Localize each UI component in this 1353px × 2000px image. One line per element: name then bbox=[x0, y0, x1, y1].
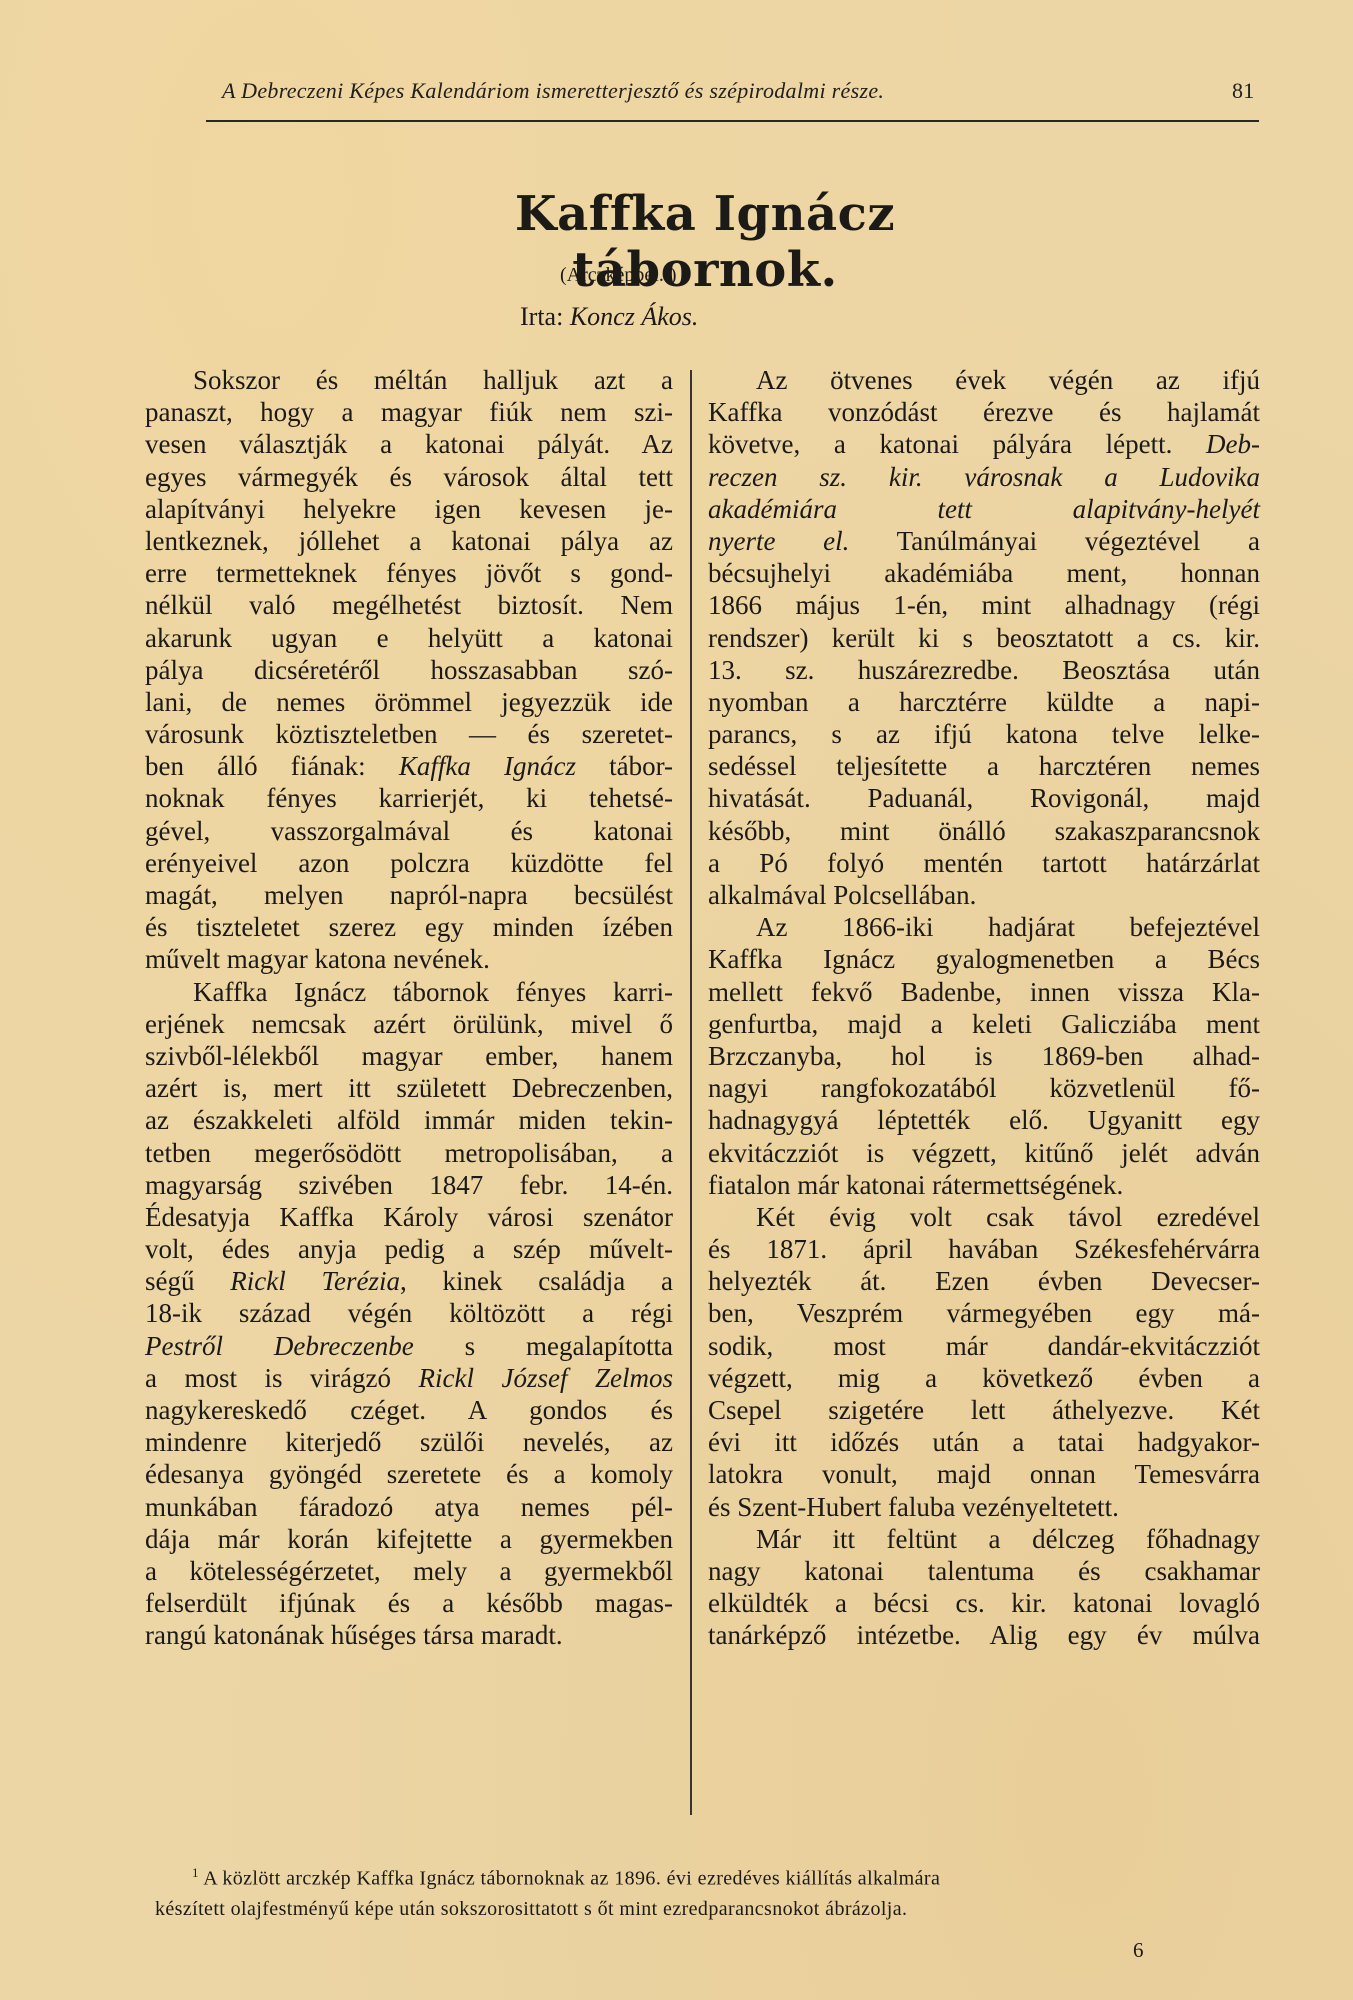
text-line: a Pó folyó mentén tartott határzárlat bbox=[708, 847, 1260, 879]
text-line: erjének nemcsak azért örülünk, mivel ő bbox=[145, 1008, 673, 1040]
text-run: ségű bbox=[145, 1266, 195, 1296]
italic-name: Rickl Terézia bbox=[230, 1266, 400, 1296]
text-line: elküldték a bécsi cs. kir. katonai lovag… bbox=[708, 1587, 1260, 1619]
text-line: rendszer) került ki s beosztatott a cs. … bbox=[708, 622, 1260, 654]
text-line: nagyi rangfokozatából közvetlenül fő- bbox=[708, 1072, 1260, 1104]
text-line: pálya dicséretéről hosszasabban szó- bbox=[145, 654, 673, 686]
text-line: erényeivel azon polczra küzdötte fel bbox=[145, 847, 673, 879]
text-line: követve, a katonai pályára lépett. Deb- bbox=[708, 428, 1260, 460]
text-line: vesen választják a katonai pályát. Az bbox=[145, 428, 673, 460]
text-line: mindenre kiterjedő szülői nevelés, az bbox=[145, 1426, 673, 1458]
footnote-text: A közlött arczkép Kaffka Ignácz tábornok… bbox=[203, 1868, 940, 1890]
text-line: tanárképző intézetbe. Alig egy év múlva bbox=[708, 1619, 1260, 1651]
text-line: munkában fáradozó atya nemes pél- bbox=[145, 1491, 673, 1523]
text-line: dája már korán kifejtette a gyermekben bbox=[145, 1523, 673, 1555]
text-line: nagykereskedő czéget. A gondos és bbox=[145, 1394, 673, 1426]
text-line: Kaffka Ignácz gyalogmenetben a Bécs bbox=[708, 943, 1260, 975]
text-run: követve, a katonai pályára lépett. bbox=[708, 429, 1172, 459]
italic-text: nyerte el. bbox=[708, 526, 849, 556]
italic-name: Pestről Debreczenbe bbox=[145, 1331, 414, 1361]
text-line: reczen sz. kir. városnak a Ludovika bbox=[708, 461, 1260, 493]
byline: Irta: Koncz Ákos. bbox=[520, 302, 698, 332]
document-page: A Debreczeni Képes Kalendáriom ismerette… bbox=[0, 0, 1353, 2000]
text-run: Tanúlmányai végeztével a bbox=[897, 526, 1260, 556]
text-run: , kinek családja a bbox=[400, 1266, 673, 1296]
text-line: és 1871. ápril havában Székesfehérvárra bbox=[708, 1233, 1260, 1265]
text-line: genfurtba, majd a keleti Galicziába ment bbox=[708, 1008, 1260, 1040]
text-line: Az ötvenes évek végén az ifjú bbox=[708, 364, 1260, 396]
running-title: A Debreczeni Képes Kalendáriom ismerette… bbox=[222, 78, 884, 104]
text-line: Kaffka Ignácz tábornok fényes karri- bbox=[145, 976, 673, 1008]
page-number: 81 bbox=[1232, 78, 1255, 104]
text-line: ben, Veszprém vármegyében egy má- bbox=[708, 1297, 1260, 1329]
text-line: Már itt feltünt a délczeg főhadnagy bbox=[708, 1523, 1260, 1555]
text-line: nyerte el. Tanúlmányai végeztével a bbox=[708, 525, 1260, 557]
text-line: akarunk ugyan e helyütt a katonai bbox=[145, 622, 673, 654]
signature-mark: 6 bbox=[1133, 1938, 1144, 1963]
text-run: ben álló fiának: bbox=[145, 751, 366, 781]
italic-name: Rickl József Zelmos bbox=[419, 1363, 673, 1393]
text-line: 18-ik század végén költözött a régi bbox=[145, 1297, 673, 1329]
text-line: felserdült ifjúnak és a később magas- bbox=[145, 1587, 673, 1619]
text-line: noknak fényes karrierjét, ki tehetsé- bbox=[145, 782, 673, 814]
text-line: bécsujhelyi akadémiába ment, honnan bbox=[708, 557, 1260, 589]
text-line: évi itt időzés után a tatai hadgyakor- bbox=[708, 1426, 1260, 1458]
text-line: alkalmával Polcsellában. bbox=[708, 879, 1260, 911]
text-run: s megalapította bbox=[465, 1331, 673, 1361]
text-line: Sokszor és méltán halljuk azt a bbox=[145, 364, 673, 396]
text-line: rangú katonának hűséges társa maradt. bbox=[145, 1619, 673, 1651]
text-line: művelt magyar katona nevének. bbox=[145, 943, 673, 975]
text-line: Két évig volt csak távol ezredével bbox=[708, 1201, 1260, 1233]
footnote-marker: 1 bbox=[192, 1865, 199, 1880]
left-column: Sokszor és méltán halljuk azt a panaszt,… bbox=[145, 364, 673, 1652]
article-title: Kaffka Ignácz tábornok. bbox=[380, 186, 1030, 298]
text-line: édesanya gyöngéd szeretete és a komoly bbox=[145, 1458, 673, 1490]
text-line: szivből-lélekből magyar ember, hanem bbox=[145, 1040, 673, 1072]
text-line: lentkeznek, jóllehet a katonai pálya az bbox=[145, 525, 673, 557]
text-run: a most is virágzó bbox=[145, 1363, 391, 1393]
article-subtitle: (Arczképpel.¹) bbox=[560, 264, 676, 287]
text-line: panaszt, hogy a magyar fiúk nem szi- bbox=[145, 396, 673, 428]
text-line: Pestről Debreczenbe s megalapította bbox=[145, 1330, 673, 1362]
text-line: ségű Rickl Terézia, kinek családja a bbox=[145, 1265, 673, 1297]
text-line: nélkül való megélhetést biztosít. Nem bbox=[145, 589, 673, 621]
text-line: ben álló fiának: Kaffka Ignácz tábor- bbox=[145, 750, 673, 782]
text-line: Édesatyja Kaffka Károly városi szenátor bbox=[145, 1201, 673, 1233]
author-name: Koncz Ákos. bbox=[570, 302, 699, 331]
text-line: parancs, s az ifjú katona telve lelke- bbox=[708, 718, 1260, 750]
text-line: az északkeleti alföld immár miden tekin- bbox=[145, 1104, 673, 1136]
text-line: fiatalon már katonai rátermettségének. bbox=[708, 1169, 1260, 1201]
text-line: egyes vármegyék és városok által tett bbox=[145, 461, 673, 493]
text-line: akadémiára tett alapitvány-helyét bbox=[708, 493, 1260, 525]
text-line: a kötelességérzetet, mely a gyermekből bbox=[145, 1555, 673, 1587]
text-line: gével, vasszorgalmával és katonai bbox=[145, 815, 673, 847]
text-line: és Szent-Hubert faluba vezényeltetett. bbox=[708, 1491, 1260, 1523]
text-line: 1866 május 1-én, mint alhadnagy (régi bbox=[708, 589, 1260, 621]
footnote-line: készített olajfestményű képe után sokszo… bbox=[155, 1894, 1265, 1924]
text-line: azért is, mert itt született Debreczenbe… bbox=[145, 1072, 673, 1104]
text-line: magát, melyen napról-napra becsülést bbox=[145, 879, 673, 911]
text-line: a most is virágzó Rickl József Zelmos bbox=[145, 1362, 673, 1394]
text-line: lani, de nemes örömmel jegyezzük ide bbox=[145, 686, 673, 718]
text-line: Csepel szigetére lett áthelyezve. Két bbox=[708, 1394, 1260, 1426]
text-line: latokra vonult, majd onnan Temesvárra bbox=[708, 1458, 1260, 1490]
footnote: 1 A közlött arczkép Kaffka Ignácz táborn… bbox=[155, 1858, 1265, 1924]
text-line: mellett fekvő Badenbe, innen vissza Kla- bbox=[708, 976, 1260, 1008]
text-line: Kaffka vonzódást érezve és hajlamát bbox=[708, 396, 1260, 428]
text-line: hadnagygyá léptették elő. Ugyanitt egy bbox=[708, 1104, 1260, 1136]
text-line: végzett, mig a következő évben a bbox=[708, 1362, 1260, 1394]
text-line: 13. sz. huszárezredbe. Beosztása után bbox=[708, 654, 1260, 686]
text-line: később, mint önálló szakaszparancsnok bbox=[708, 815, 1260, 847]
right-column: Az ötvenes évek végén az ifjú Kaffka von… bbox=[708, 364, 1260, 1652]
text-line: nagy katonai talentuma és csakhamar bbox=[708, 1555, 1260, 1587]
italic-text: Deb- bbox=[1206, 429, 1260, 459]
text-line: ekvitáczziót is végzett, kitűnő jelét ad… bbox=[708, 1137, 1260, 1169]
text-line: helyezték át. Ezen évben Devecser- bbox=[708, 1265, 1260, 1297]
text-line: tetben megerősödött metropolisában, a bbox=[145, 1137, 673, 1169]
text-line: sedéssel teljesítette a harcztéren nemes bbox=[708, 750, 1260, 782]
text-run: tábor- bbox=[609, 751, 673, 781]
text-line: Az 1866-iki hadjárat befejeztével bbox=[708, 911, 1260, 943]
byline-prefix: Irta: bbox=[520, 302, 563, 331]
text-line: magyarság szivében 1847 febr. 14-én. bbox=[145, 1169, 673, 1201]
text-line: sodik, most már dandár-ekvitáczziót bbox=[708, 1330, 1260, 1362]
text-line: hivatását. Paduanál, Rovigonál, majd bbox=[708, 782, 1260, 814]
italic-name: Kaffka Ignácz bbox=[399, 751, 576, 781]
column-divider bbox=[690, 370, 692, 1815]
text-line: volt, édes anyja pedig a szép művelt- bbox=[145, 1233, 673, 1265]
text-line: és tiszteletet szerez egy minden ízében bbox=[145, 911, 673, 943]
text-line: nyomban a harcztérre küldte a napi- bbox=[708, 686, 1260, 718]
footnote-line: 1 A közlött arczkép Kaffka Ignácz táborn… bbox=[155, 1858, 1265, 1894]
text-line: Brzczanyba, hol is 1869-ben alhad- bbox=[708, 1040, 1260, 1072]
text-line: városunk köztiszteletben — és szeretet- bbox=[145, 718, 673, 750]
text-line: erre termetteknek fényes jövőt s gond- bbox=[145, 557, 673, 589]
header-rule bbox=[206, 120, 1259, 122]
text-line: alapítványi helyekre igen kevesen je- bbox=[145, 493, 673, 525]
